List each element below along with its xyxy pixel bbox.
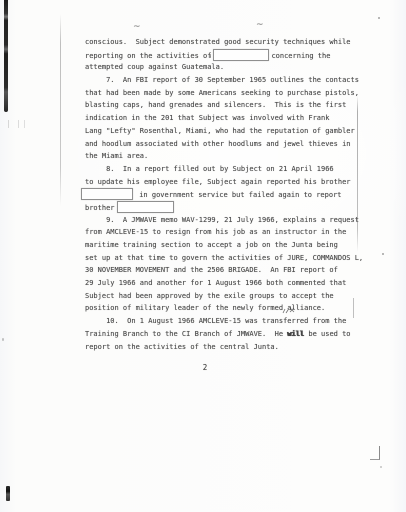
document-line: 10. On 1 August 1966 AMCLEVE-15 was tran… [85,315,377,328]
document-line: and hoodlum associated with other hoodlu… [85,138,377,151]
document-line: 8. In a report filled out by Subject on … [85,163,377,176]
line-text: in government service but failed again t… [135,191,342,199]
document-line: that had been made by some Americans see… [85,87,377,100]
line-text: be used to [304,330,350,338]
document-line: 7. An FBI report of 30 September 1965 ou… [85,74,377,87]
scan-speck [382,253,384,255]
scan-corner-bracket [370,446,380,460]
line-text: Training Branch to the CI Branch of JMWA… [85,330,287,338]
line-text: reporting on the activities of [85,52,211,60]
document-body: conscious. Subject demonstrated good sec… [85,36,377,353]
document-line: blasting caps, hand grenades and silence… [85,99,377,112]
line-text: concerning the [271,52,330,60]
document-line: in government service but failed again t… [85,188,377,201]
paragraph-10: 10. On 1 August 1966 AMCLEVE-15 was tran… [85,315,377,353]
scan-speck [380,466,382,468]
line-text: brother [85,204,115,212]
scan-speck [378,17,380,19]
document-line: 30 NOVEMBER MOVEMENT and the 2506 BRIGAD… [85,264,377,277]
paragraph-8: 8. In a report filled out by Subject on … [85,163,377,214]
paragraph-intro: conscious. Subject demonstrated good sec… [85,36,377,74]
scanned-document-page: ~ ~ conscious. Subject demonstrated good… [0,0,406,512]
scan-edge-bar [4,0,8,112]
document-line: from AMCLEVE-15 to resign from his job a… [85,226,377,239]
document-line: to update his employee file, Subject aga… [85,176,377,189]
document-line: 29 July 1966 and another for 1 August 19… [85,277,377,290]
document-line: report on the activities of the central … [85,341,377,354]
scan-tick-marks [8,120,40,128]
redaction-box [117,201,174,213]
paragraph-7: 7. An FBI report of 30 September 1965 ou… [85,74,377,163]
document-line: brother [85,201,377,214]
document-line: 9. A JMWAVE memo WAV-1299, 21 July 1966,… [85,214,377,227]
redaction-box [81,188,133,200]
scan-fold-line-left [60,14,61,206]
document-line: Lang "Lefty" Rosenthal, Miami, who had t… [85,125,377,138]
scan-dash-mark: ~ [256,22,264,28]
page-number: 2 [85,363,325,372]
scan-dash-mark: ~ [133,24,141,30]
document-line: conscious. Subject demonstrated good sec… [85,36,377,49]
document-line: Training Branch to the CI Branch of JMWA… [85,328,377,341]
document-line: attempted coup against Guatemala. [85,61,377,74]
scan-speck [2,338,4,341]
scan-edge-mark [6,486,10,501]
document-line: set up at that time to govern the activi… [85,252,377,265]
paragraph-9: 9. A JMWAVE memo WAV-1299, 21 July 1966,… [85,214,377,316]
document-line: position of military leader of the newly… [85,302,377,315]
document-line: the Miami area. [85,150,377,163]
document-line: Subject had been approved by the exile g… [85,290,377,303]
redaction-box [213,49,269,61]
document-line: indication in the 201 that Subject was i… [85,112,377,125]
overstruck-word: will [287,330,304,338]
document-line: maritime training section to accept a jo… [85,239,377,252]
document-line: reporting on the activities ofconcerning… [85,49,377,62]
